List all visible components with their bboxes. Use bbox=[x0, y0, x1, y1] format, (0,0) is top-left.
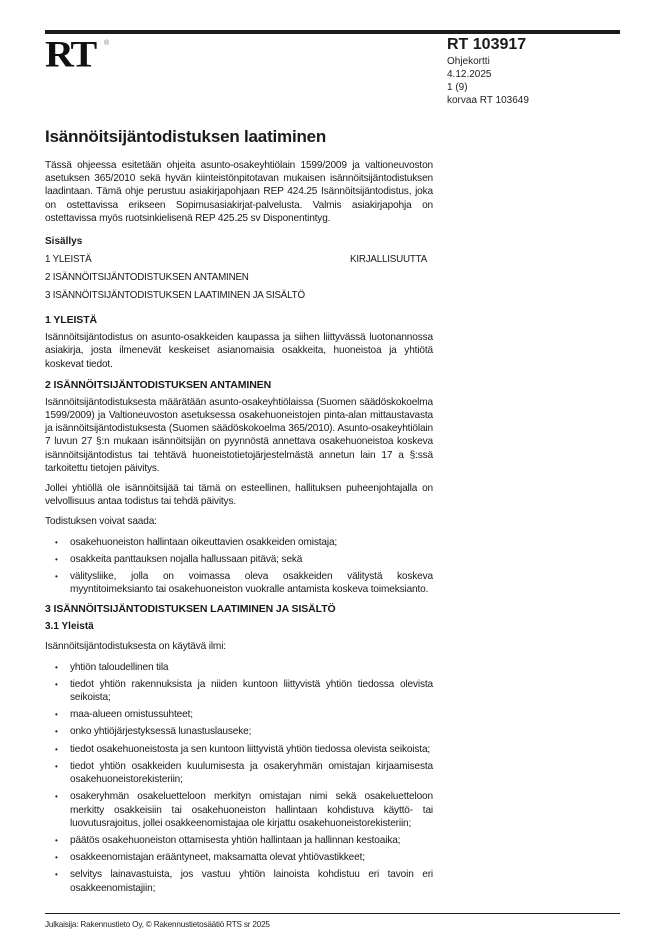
rt-logo: RT bbox=[45, 36, 95, 73]
bullet-icon: • bbox=[55, 678, 58, 691]
list-item: •onko yhtiöjärjestyksessä lunastuslausek… bbox=[45, 725, 433, 738]
bullet-icon: • bbox=[55, 743, 58, 756]
toc-row: 1 YLEISTÄ KIRJALLISUUTTA bbox=[45, 251, 433, 269]
bullet-icon: • bbox=[55, 661, 58, 674]
section-heading: 1 YLEISTÄ bbox=[45, 313, 433, 327]
intro-paragraph: Tässä ohjeessa esitetään ohjeita asunto-… bbox=[45, 159, 433, 225]
list-item: •päätös osakehuoneiston ottamisesta yhti… bbox=[45, 834, 433, 847]
section-3: 3 ISÄNNÖITSIJÄNTODISTUKSEN LAATIMINEN JA… bbox=[45, 602, 433, 894]
section-1: 1 YLEISTÄ Isännöitsijäntodistus on asunt… bbox=[45, 313, 433, 371]
toc-title: Sisällys bbox=[45, 235, 433, 248]
list-item-text: osakehuoneiston hallintaan oikeuttavien … bbox=[70, 537, 337, 548]
list-item-text: onko yhtiöjärjestyksessä lunastuslauseke… bbox=[70, 726, 251, 737]
toc-empty bbox=[350, 269, 433, 287]
bullet-icon: • bbox=[55, 851, 58, 864]
bullet-icon: • bbox=[55, 760, 58, 773]
list-item: •osakeryhmän osakeluetteloon merkityn om… bbox=[45, 790, 433, 830]
list-item: •välitysliike, jolla on voimassa oleva o… bbox=[45, 570, 433, 596]
publisher-footer: Julkaisija: Rakennustieto Oy, © Rakennus… bbox=[45, 920, 270, 929]
list-item-text: tiedot osakehuoneistosta ja sen kuntoon … bbox=[70, 744, 430, 755]
list-item: •tiedot yhtiön rakennuksista ja niiden k… bbox=[45, 678, 433, 704]
list-item: •yhtiön taloudellinen tila bbox=[45, 661, 433, 674]
paragraph: Isännöitsijäntodistuksesta on käytävä il… bbox=[45, 640, 433, 653]
bullet-icon: • bbox=[55, 790, 58, 803]
list-item-text: yhtiön taloudellinen tila bbox=[70, 662, 168, 673]
registered-mark: ® bbox=[104, 40, 109, 47]
bullet-icon: • bbox=[55, 868, 58, 881]
list-item-text: selvitys lainavastuista, jos vastuu yhti… bbox=[70, 869, 433, 893]
list-item-text: osakeryhmän osakeluetteloon merkityn omi… bbox=[70, 791, 433, 828]
list-item: •tiedot osakehuoneistosta ja sen kuntoon… bbox=[45, 743, 433, 756]
toc-row: 3 ISÄNNÖITSIJÄNTODISTUKSEN LAATIMINEN JA… bbox=[45, 287, 433, 305]
bullet-icon: • bbox=[55, 570, 58, 583]
table-of-contents: Sisällys 1 YLEISTÄ KIRJALLISUUTTA 2 ISÄN… bbox=[45, 235, 433, 305]
toc-empty bbox=[350, 287, 433, 305]
paragraph: Jollei yhtiöllä ole isännöitsijää tai tä… bbox=[45, 482, 433, 508]
list-item-text: tiedot yhtiön rakennuksista ja niiden ku… bbox=[70, 679, 433, 703]
section-2: 2 ISÄNNÖITSIJÄNTODISTUKSEN ANTAMINEN Isä… bbox=[45, 378, 433, 597]
toc-link-antaminen[interactable]: 2 ISÄNNÖITSIJÄNTODISTUKSEN ANTAMINEN bbox=[45, 269, 350, 287]
bullet-list: •yhtiön taloudellinen tila •tiedot yhtiö… bbox=[45, 661, 433, 895]
list-item: •tiedot yhtiön osakkeiden kuulumisesta j… bbox=[45, 760, 433, 786]
bullet-icon: • bbox=[55, 553, 58, 566]
bullet-icon: • bbox=[55, 725, 58, 738]
bullet-list: •osakehuoneiston hallintaan oikeuttavien… bbox=[45, 536, 433, 597]
list-item: •maa-alueen omistussuhteet; bbox=[45, 708, 433, 721]
footer-rule bbox=[45, 913, 620, 914]
list-item-text: päätös osakehuoneiston ottamisesta yhtiö… bbox=[70, 835, 400, 846]
section-heading: 2 ISÄNNÖITSIJÄNTODISTUKSEN ANTAMINEN bbox=[45, 378, 433, 392]
list-item: •osakkeita panttauksen nojalla hallussaa… bbox=[45, 553, 433, 566]
toc-link-yleista[interactable]: 1 YLEISTÄ bbox=[45, 251, 350, 269]
header-rule bbox=[45, 30, 620, 34]
list-item-text: osakkeenomistajan erääntyneet, maksamatt… bbox=[70, 852, 365, 863]
toc-row: 2 ISÄNNÖITSIJÄNTODISTUKSEN ANTAMINEN bbox=[45, 269, 433, 287]
document-info: RT 103917 Ohjekortti 4.12.2025 1 (9) kor… bbox=[447, 35, 529, 107]
page-title: Isännöitsijäntodistuksen laatiminen bbox=[45, 127, 433, 147]
list-item-text: maa-alueen omistussuhteet; bbox=[70, 709, 193, 720]
bullet-icon: • bbox=[55, 536, 58, 549]
list-item: •osakkeenomistajan erääntyneet, maksamat… bbox=[45, 851, 433, 864]
bullet-icon: • bbox=[55, 834, 58, 847]
document-date: 4.12.2025 bbox=[447, 68, 529, 81]
bullet-icon: • bbox=[55, 708, 58, 721]
toc-link-kirjallisuutta[interactable]: KIRJALLISUUTTA bbox=[350, 251, 433, 269]
section-heading: 3 ISÄNNÖITSIJÄNTODISTUKSEN LAATIMINEN JA… bbox=[45, 602, 433, 616]
replaces-note: korvaa RT 103649 bbox=[447, 94, 529, 107]
toc-link-laatiminen[interactable]: 3 ISÄNNÖITSIJÄNTODISTUKSEN LAATIMINEN JA… bbox=[45, 287, 350, 305]
list-item-text: tiedot yhtiön osakkeiden kuulumisesta ja… bbox=[70, 761, 433, 785]
list-item: •osakehuoneiston hallintaan oikeuttavien… bbox=[45, 536, 433, 549]
paragraph: Todistuksen voivat saada: bbox=[45, 515, 433, 528]
document-code: RT 103917 bbox=[447, 35, 529, 55]
paragraph: Isännöitsijäntodistuksesta määrätään asu… bbox=[45, 396, 433, 475]
subsection-heading: 3.1 Yleistä bbox=[45, 620, 433, 634]
list-item-text: välitysliike, jolla on voimassa oleva os… bbox=[70, 571, 433, 595]
paragraph: Isännöitsijäntodistus on asunto-osakkeid… bbox=[45, 331, 433, 371]
document-type: Ohjekortti bbox=[447, 55, 529, 68]
document-body: Isännöitsijäntodistuksen laatiminen Täss… bbox=[45, 127, 433, 901]
page-number: 1 (9) bbox=[447, 81, 529, 94]
list-item-text: osakkeita panttauksen nojalla hallussaan… bbox=[70, 554, 302, 565]
list-item: •selvitys lainavastuista, jos vastuu yht… bbox=[45, 868, 433, 894]
